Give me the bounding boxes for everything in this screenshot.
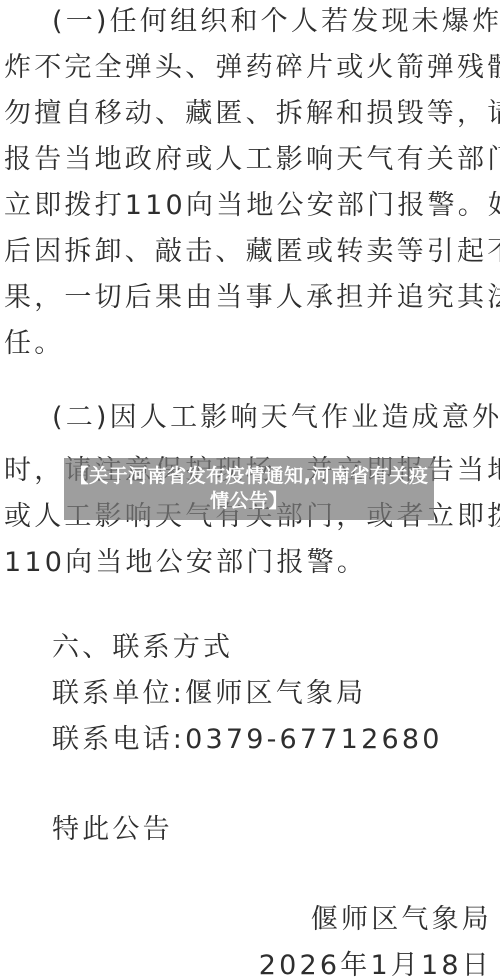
paragraph1-line: 报告当地政府或人工影响天气有关部门,或者 xyxy=(4,144,500,176)
paragraph2-line: 110向当地公安部门报警。 xyxy=(4,547,367,579)
signature-org: 偃师区气象局 xyxy=(311,904,492,936)
caption-overlay: 【关于河南省发布疫情通知,河南省有关疫情公告】 xyxy=(64,458,434,520)
paragraph1-line: 勿擅自移动、藏匿、拆解和损毁等，请立即 xyxy=(4,98,500,130)
paragraph1-line: 立即拨打110向当地公安部门报警。如捡拾 xyxy=(4,190,500,222)
contact-phone: 联系电话:0379-67712680 xyxy=(52,724,443,756)
paragraph1-line: 果，一切后果由当事人承担并追究其法律责 xyxy=(4,282,500,314)
closing-text: 特此公告 xyxy=(52,814,173,846)
caption-text: 【关于河南省发布疫情通知,河南省有关疫情公告】 xyxy=(69,464,429,514)
paragraph1-line: 炸不完全弹头、弹药碎片或火箭弹残骸，切 xyxy=(4,52,500,84)
contact-unit: 联系单位:偃师区气象局 xyxy=(52,678,366,710)
paragraph1-line: 后因拆卸、敲击、藏匿或转卖等引起不良后 xyxy=(4,236,500,268)
signature-date: 2026年1月18日 xyxy=(259,950,492,979)
paragraph1-line: 任。 xyxy=(4,328,64,360)
contact-heading: 六、联系方式 xyxy=(52,632,233,664)
paragraph1-line: (一)任何组织和个人若发现未爆炸或爆 xyxy=(52,6,500,38)
paragraph2-line: (二)因人工影响天气作业造成意外事件 xyxy=(52,402,500,434)
